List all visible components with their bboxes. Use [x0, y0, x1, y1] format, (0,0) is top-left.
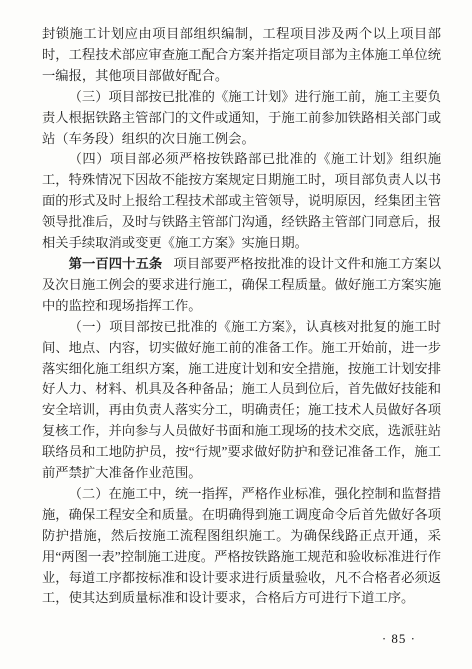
paragraph: 封锁施工计划应由项目部组织编制，工程项目涉及两个以上项目部时，工程技术部应审查施… [42, 24, 441, 87]
paragraph: 第一百四十五条项目部要严格按批准的设计文件和施工方案以及次日施工例会的要求进行施… [42, 254, 441, 317]
paragraph: （二）在施工中，统一指挥，严格作业标准，强化控制和监督措施，确保工程安全和质量。… [42, 484, 441, 609]
article-number-heading: 第一百四十五条 [69, 256, 163, 271]
scanned-document-page: 封锁施工计划应由项目部组织编制，工程项目涉及两个以上项目部时，工程技术部应审查施… [0, 0, 472, 669]
paragraph: （三）项目部按已批准的《施工计划》进行施工前，施工主要负责人根据铁路主管部门的文… [42, 87, 441, 150]
body-text: 封锁施工计划应由项目部组织编制，工程项目涉及两个以上项目部时，工程技术部应审查施… [42, 24, 441, 609]
paragraph: （一）项目部按已批准的《施工方案》，认真核对批复的施工时间、地点、内容，切实做好… [42, 317, 441, 484]
paragraph: （四）项目部必须严格按铁路部已批准的《施工计划》组织施工，特殊情况下因故不能按方… [42, 149, 441, 254]
page-number: · 85 · [382, 630, 416, 648]
